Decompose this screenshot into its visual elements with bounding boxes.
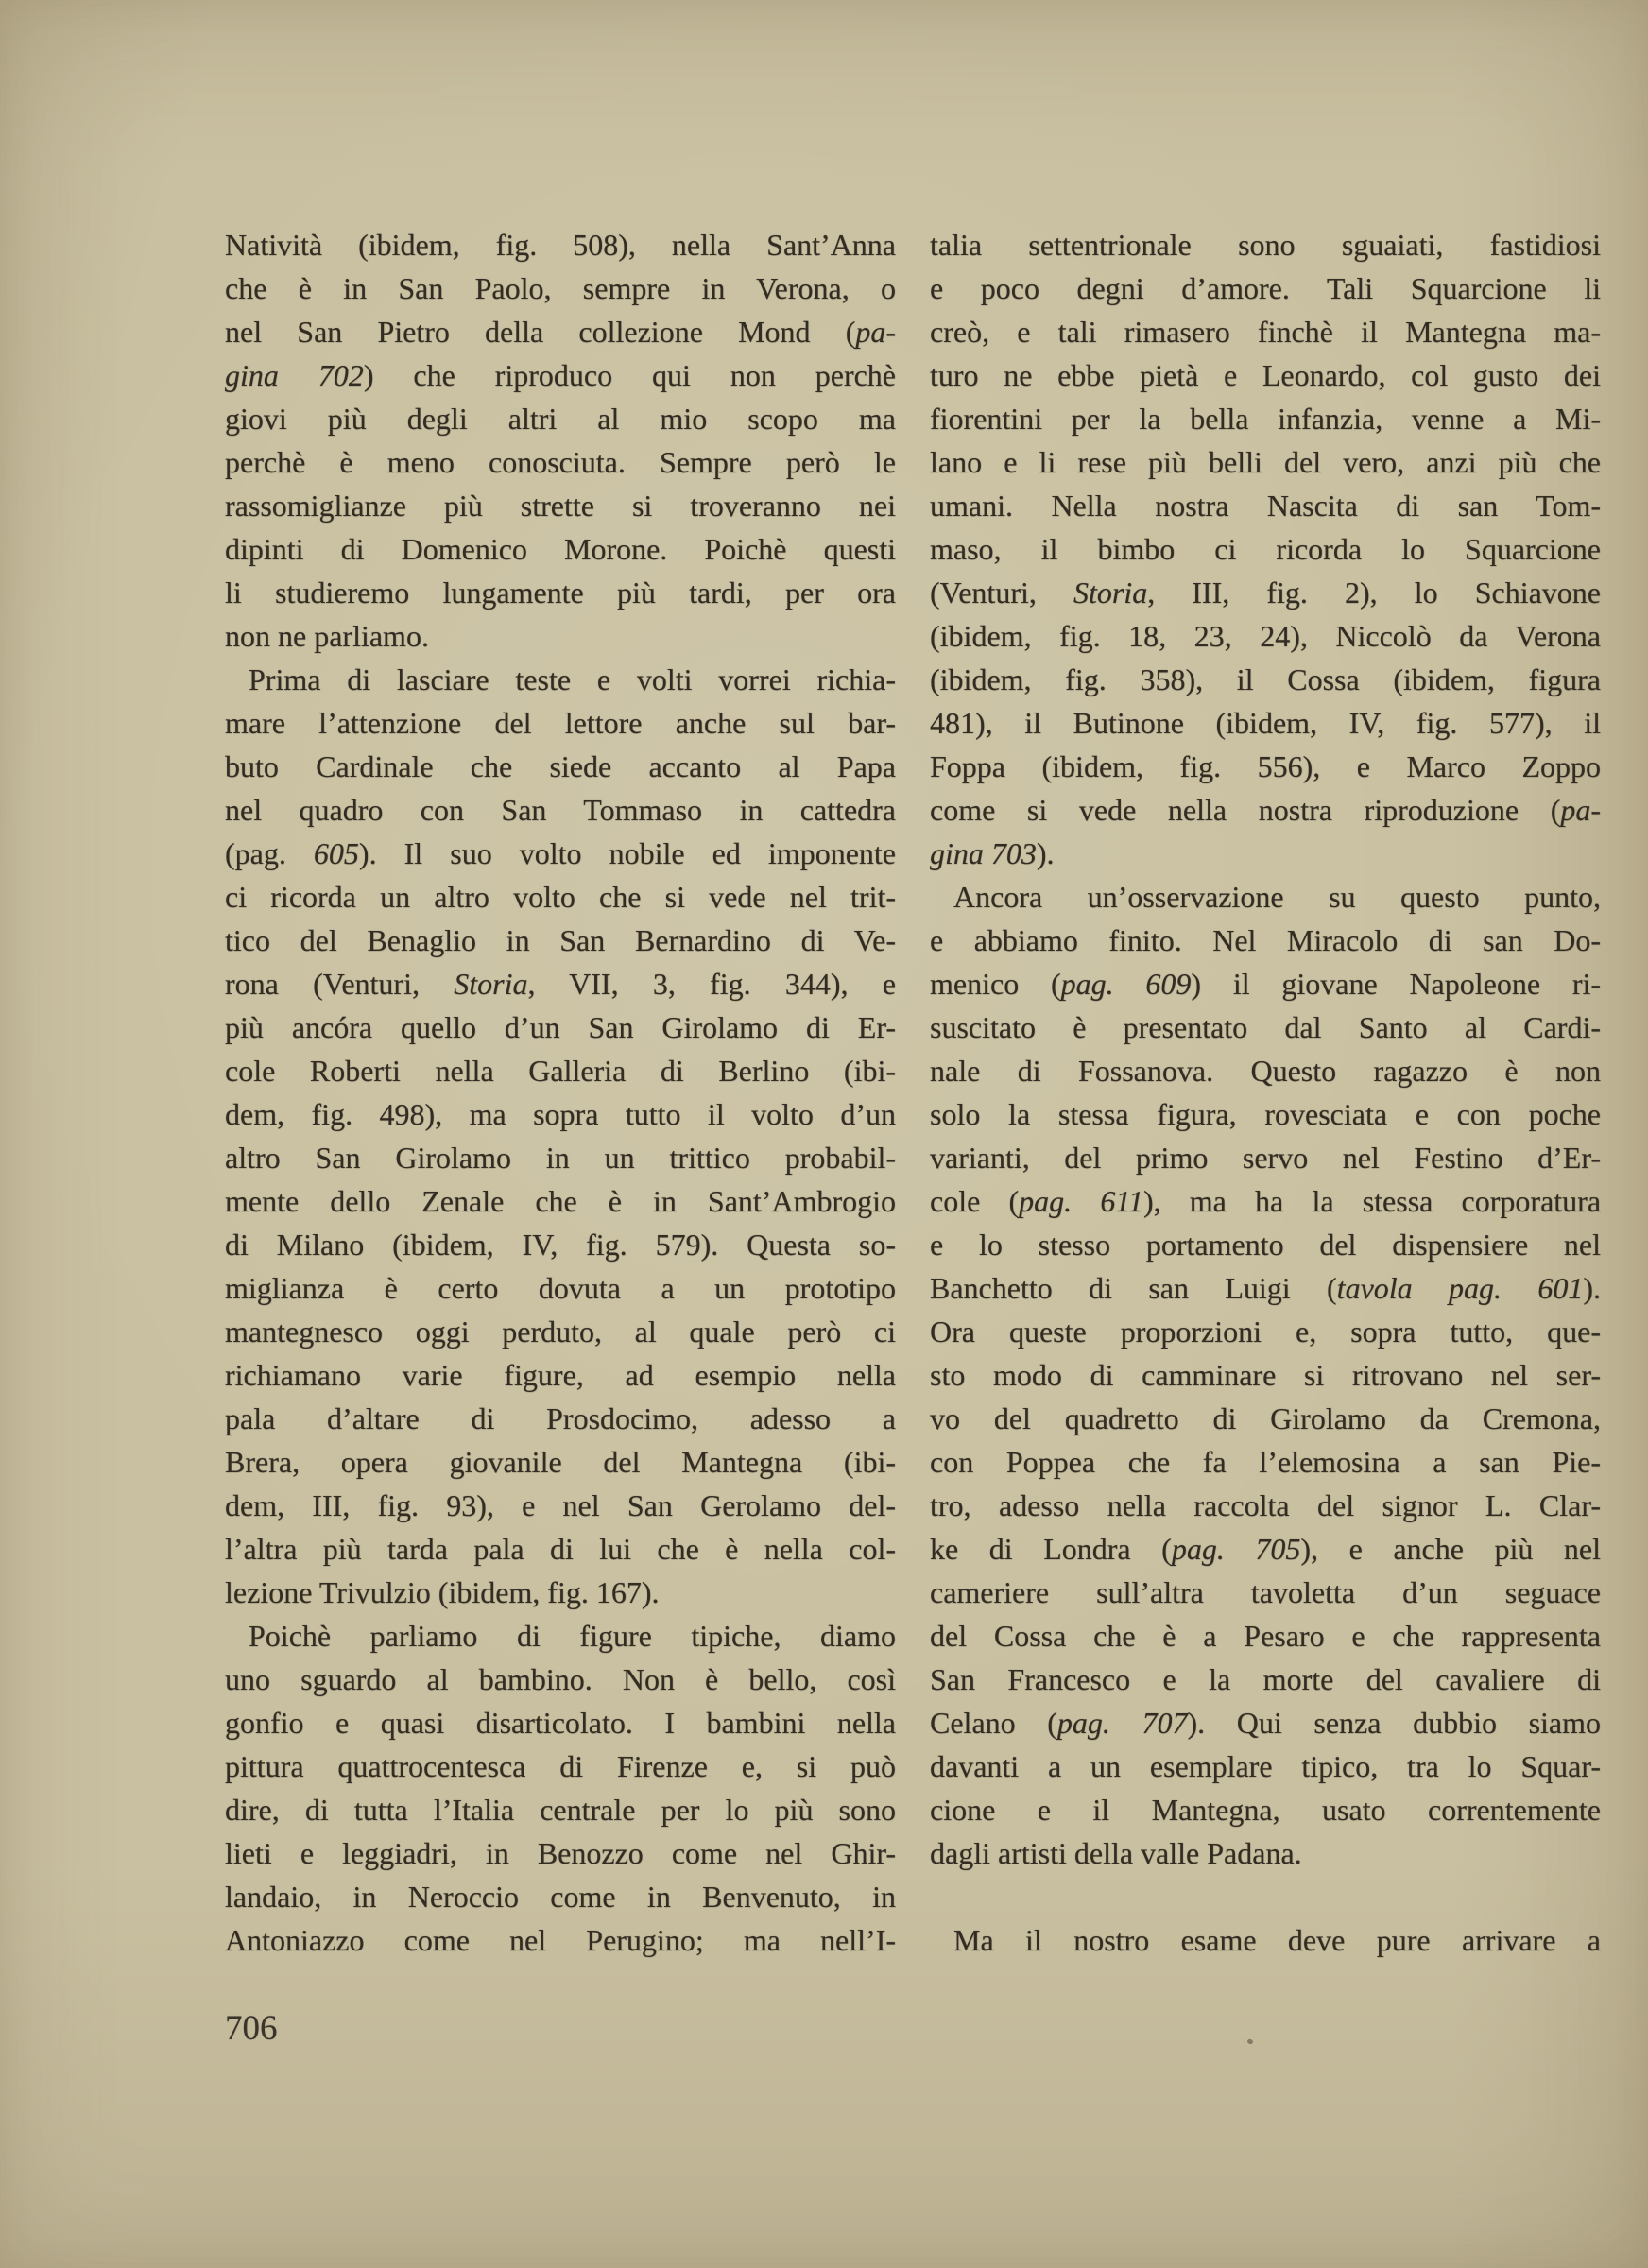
text-line: dagli artisti della valle Padana. xyxy=(930,1831,1601,1875)
text-line: mente dello Zenale che è in Sant’Ambrogi… xyxy=(225,1179,896,1223)
text-line: non ne parliamo. xyxy=(225,614,896,658)
page-number: 706 xyxy=(225,2007,278,2051)
text-line: buto Cardinale che siede accanto al Papa xyxy=(225,745,896,788)
text-line: e poco degni d’amore. Tali Squarcione li xyxy=(930,266,1601,310)
text-line: Banchetto di san Luigi (tavola pag. 601)… xyxy=(930,1266,1601,1310)
text-line: con Poppea che fa l’elemosina a san Pie- xyxy=(930,1440,1601,1484)
text-line: uno sguardo al bambino. Non è bello, cos… xyxy=(225,1658,896,1701)
text-line: rona (Venturi, Storia, VII, 3, fig. 344)… xyxy=(225,962,896,1005)
text-line: Ma il nostro esame deve pure arrivare a xyxy=(930,1918,1601,1962)
text-line: varianti, del primo servo nel Festino d’… xyxy=(930,1136,1601,1179)
text-line: li studieremo lungamente più tardi, per … xyxy=(225,571,896,614)
paragraph: Ancora un’osservazione su questo punto,e… xyxy=(930,875,1601,1875)
text-line: (pag. 605). Il suo volto nobile ed impon… xyxy=(225,832,896,875)
text-line: fiorentini per la bella infanzia, venne … xyxy=(930,397,1601,440)
text-line: Ancora un’osservazione su questo punto, xyxy=(930,875,1601,919)
text-line: Celano (pag. 707). Qui senza dubbio siam… xyxy=(930,1701,1601,1744)
text-line: lezione Trivulzio (ibidem, fig. 167). xyxy=(225,1571,896,1614)
text-line: mare l’attenzione del lettore anche sul … xyxy=(225,701,896,745)
text-line: dire, di tutta l’Italia centrale per lo … xyxy=(225,1788,896,1831)
text-line: gina 702) che riproduco qui non perchè xyxy=(225,353,896,397)
text-line: mantegnesco oggi perduto, al quale però … xyxy=(225,1310,896,1353)
text-line: cione e il Mantegna, usato correntemente xyxy=(930,1788,1601,1831)
text-line: Antoniazzo come nel Perugino; ma nell’I- xyxy=(225,1918,896,1962)
paragraph: Natività (ibidem, fig. 508), nella Sant’… xyxy=(225,223,896,658)
text-line: Ora queste proporzioni e, sopra tutto, q… xyxy=(930,1310,1601,1353)
text-line: dipinti di Domenico Morone. Poichè quest… xyxy=(225,527,896,571)
text-line: Brera, opera giovanile del Mantegna (ibi… xyxy=(225,1440,896,1484)
text-line: giovi più degli altri al mio scopo ma xyxy=(225,397,896,440)
text-line: maso, il bimbo ci ricorda lo Squarcione xyxy=(930,527,1601,571)
text-line: turo ne ebbe pietà e Leonardo, col gusto… xyxy=(930,353,1601,397)
text-line: gina 703). xyxy=(930,832,1601,875)
text-line: creò, e tali rimasero finchè il Mantegna… xyxy=(930,310,1601,353)
text-line: di Milano (ibidem, IV, fig. 579). Questa… xyxy=(225,1223,896,1266)
text-line: sto modo di camminare si ritrovano nel s… xyxy=(930,1353,1601,1397)
text-line: l’altra più tarda pala di lui che è nell… xyxy=(225,1527,896,1571)
text-line: nale di Fossanova. Questo ragazzo è non xyxy=(930,1049,1601,1092)
text-line: Foppa (ibidem, fig. 556), e Marco Zoppo xyxy=(930,745,1601,788)
text-line: e abbiamo finito. Nel Miracolo di san Do… xyxy=(930,919,1601,962)
text-line: rassomiglianze più strette si troveranno… xyxy=(225,484,896,527)
paragraph: Poichè parliamo di figure tipiche, diamo… xyxy=(225,1614,896,1962)
text-line: menico (pag. 609) il giovane Napoleone r… xyxy=(930,962,1601,1005)
text-line: (ibidem, fig. 358), il Cossa (ibidem, fi… xyxy=(930,658,1601,701)
text-line: richiamano varie figure, ad esempio nell… xyxy=(225,1353,896,1397)
text-line: pala d’altare di Prosdocimo, adesso a xyxy=(225,1397,896,1440)
text-line: 481), il Butinone (ibidem, IV, fig. 577)… xyxy=(930,701,1601,745)
text-line: vo del quadretto di Girolamo da Cremona, xyxy=(930,1397,1601,1440)
text-line: come si vede nella nostra riproduzione (… xyxy=(930,788,1601,832)
text-line: Prima di lasciare teste e volti vorrei r… xyxy=(225,658,896,701)
paragraph: Prima di lasciare teste e volti vorrei r… xyxy=(225,658,896,1614)
paragraph: talia settentrionale sono sguaiati, fast… xyxy=(930,223,1601,875)
paragraph: Ma il nostro esame deve pure arrivare a xyxy=(930,1918,1601,1962)
text-line: nel San Pietro della collezione Mond (pa… xyxy=(225,310,896,353)
text-line: cole Roberti nella Galleria di Berlino (… xyxy=(225,1049,896,1092)
text-line: nel quadro con San Tommaso in cattedra xyxy=(225,788,896,832)
text-line: perchè è meno conosciuta. Sempre però le xyxy=(225,440,896,484)
text-line: tro, adesso nella raccolta del signor L.… xyxy=(930,1484,1601,1527)
print-speck xyxy=(1246,2038,1254,2045)
text-line: Natività (ibidem, fig. 508), nella Sant’… xyxy=(225,223,896,266)
text-line: suscitato è presentato dal Santo al Card… xyxy=(930,1005,1601,1049)
text-line: tico del Benaglio in San Bernardino di V… xyxy=(225,919,896,962)
text-line: più ancóra quello d’un San Girolamo di E… xyxy=(225,1005,896,1049)
text-line: lieti e leggiadri, in Benozzo come nel G… xyxy=(225,1831,896,1875)
text-line: talia settentrionale sono sguaiati, fast… xyxy=(930,223,1601,266)
text-line: altro San Girolamo in un trittico probab… xyxy=(225,1136,896,1179)
text-line: gonfio e quasi disarticolato. I bambini … xyxy=(225,1701,896,1744)
text-line: e lo stesso portamento del dispensiere n… xyxy=(930,1223,1601,1266)
text-line: ci ricorda un altro volto che si vede ne… xyxy=(225,875,896,919)
text-line: San Francesco e la morte del cavaliere d… xyxy=(930,1658,1601,1701)
text-line: (Venturi, Storia, III, fig. 2), lo Schia… xyxy=(930,571,1601,614)
text-line: umani. Nella nostra Nascita di san Tom- xyxy=(930,484,1601,527)
text-line: dem, fig. 498), ma sopra tutto il volto … xyxy=(225,1092,896,1136)
column-left: Natività (ibidem, fig. 508), nella Sant’… xyxy=(225,223,896,1962)
text-line: landaio, in Neroccio come in Benvenuto, … xyxy=(225,1875,896,1918)
text-line: che è in San Paolo, sempre in Verona, o xyxy=(225,266,896,310)
text-line: (ibidem, fig. 18, 23, 24), Niccolò da Ve… xyxy=(930,614,1601,658)
column-right: talia settentrionale sono sguaiati, fast… xyxy=(930,223,1601,1962)
text-line: davanti a un esemplare tipico, tra lo Sq… xyxy=(930,1744,1601,1788)
text-line: Poichè parliamo di figure tipiche, diamo xyxy=(225,1614,896,1658)
text-line: del Cossa che è a Pesaro e che rappresen… xyxy=(930,1614,1601,1658)
text-line: lano e li rese più belli del vero, anzi … xyxy=(930,440,1601,484)
text-line: dem, III, fig. 93), e nel San Gerolamo d… xyxy=(225,1484,896,1527)
text-line: solo la stessa figura, rovesciata e con … xyxy=(930,1092,1601,1136)
text-line: pittura quattrocentesca di Firenze e, si… xyxy=(225,1744,896,1788)
text-line: cameriere sull’altra tavoletta d’un segu… xyxy=(930,1571,1601,1614)
text-line: ke di Londra (pag. 705), e anche più nel xyxy=(930,1527,1601,1571)
text-line: cole (pag. 611), ma ha la stessa corpora… xyxy=(930,1179,1601,1223)
text-line: miglianza è certo dovuta a un prototipo xyxy=(225,1266,896,1310)
book-page: Natività (ibidem, fig. 508), nella Sant’… xyxy=(0,0,1648,2268)
